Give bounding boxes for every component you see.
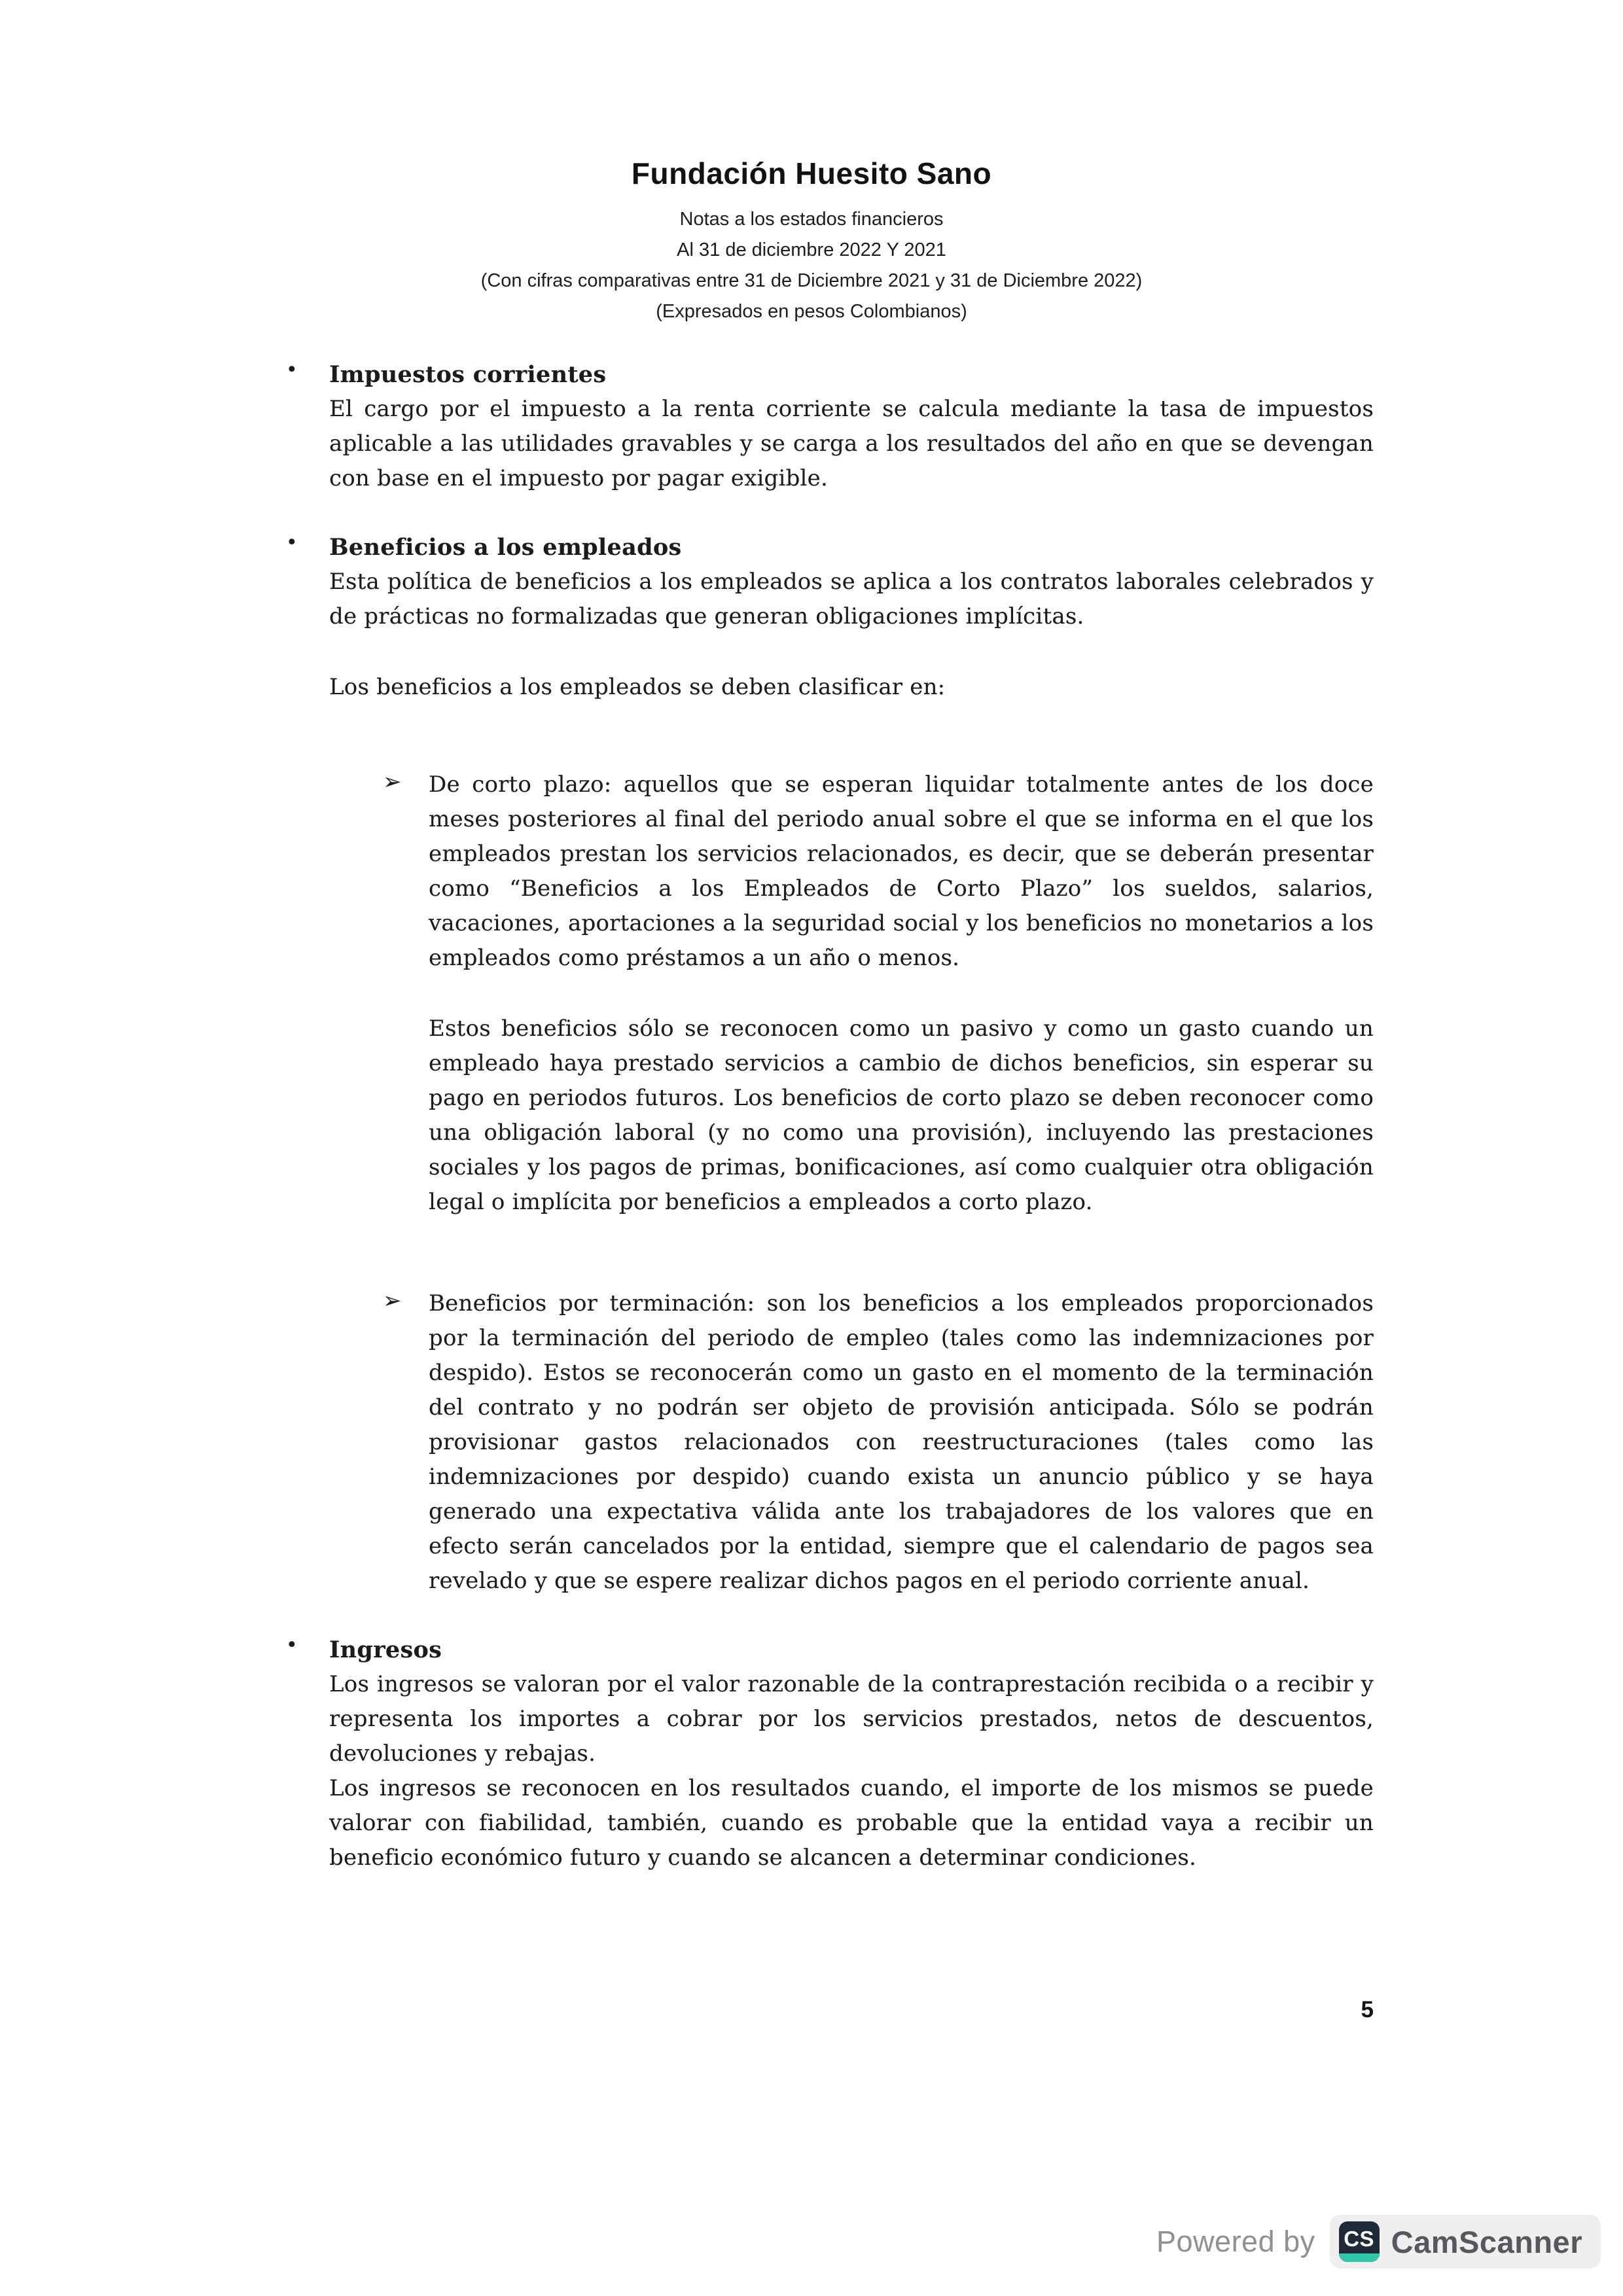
classification-sub-list: ➢ De corto plazo: aquellos que se espera…	[429, 768, 1374, 1598]
section-paragraph: El cargo por el impuesto a la renta corr…	[329, 392, 1374, 496]
arrowhead-bullet-icon: ➢	[383, 769, 402, 795]
document-body: • Impuestos corrientes El cargo por el i…	[329, 357, 1374, 1875]
camscanner-brand-name: CamScanner	[1391, 2224, 1582, 2260]
page-title: Fundación Huesito Sano	[0, 156, 1623, 191]
sub-item-paragraph: Estos beneficios sólo se reconocen como …	[429, 1012, 1374, 1220]
arrowhead-bullet-icon: ➢	[383, 1288, 402, 1314]
document-header: Fundación Huesito Sano Notas a los estad…	[0, 0, 1623, 327]
camscanner-logo-initials: CS	[1344, 2227, 1374, 2252]
sub-item-paragraph: De corto plazo: aquellos que se esperan …	[429, 768, 1374, 976]
section-ingresos: • Ingresos Los ingresos se valoran por e…	[329, 1633, 1374, 1875]
sub-item-beneficios-terminacion: ➢ Beneficios por terminación: son los be…	[429, 1286, 1374, 1598]
powered-by-label: Powered by	[1156, 2225, 1315, 2259]
section-impuestos-corrientes: • Impuestos corrientes El cargo por el i…	[329, 357, 1374, 496]
section-paragraph: Esta política de beneficios a los emplea…	[329, 565, 1374, 634]
header-subtitle-date: Al 31 de diciembre 2022 Y 2021	[0, 235, 1623, 266]
bullet-dot-icon: •	[286, 531, 298, 554]
camscanner-logo-accent	[1339, 2253, 1380, 2262]
bullet-dot-icon: •	[286, 359, 298, 381]
section-paragraph: Los ingresos se valoran por el valor raz…	[329, 1667, 1374, 1771]
bullet-dot-icon: •	[286, 1634, 298, 1657]
section-heading: Beneficios a los empleados	[329, 530, 1374, 565]
camscanner-badge: CS CamScanner	[1330, 2215, 1601, 2269]
camscanner-footer: Powered by CS CamScanner	[1156, 2215, 1601, 2269]
header-subtitle-notes: Notas a los estados financieros	[0, 204, 1623, 235]
page-number: 5	[1361, 1997, 1374, 2023]
section-beneficios-empleados: • Beneficios a los empleados Esta políti…	[329, 530, 1374, 1598]
section-paragraph: Los ingresos se reconocen en los resulta…	[329, 1771, 1374, 1875]
section-paragraph: Los beneficios a los empleados se deben …	[329, 670, 1374, 705]
section-heading: Ingresos	[329, 1633, 1374, 1667]
scanned-document-page: Fundación Huesito Sano Notas a los estad…	[0, 0, 1623, 2296]
header-subtitle-currency: (Expresados en pesos Colombianos)	[0, 296, 1623, 327]
sub-item-paragraph: Beneficios por terminación: son los bene…	[429, 1286, 1374, 1598]
section-heading: Impuestos corrientes	[329, 357, 1374, 392]
sub-item-corto-plazo: ➢ De corto plazo: aquellos que se espera…	[429, 768, 1374, 1220]
header-subtitle-comparatives: (Con cifras comparativas entre 31 de Dic…	[0, 266, 1623, 296]
camscanner-logo-icon: CS	[1339, 2221, 1380, 2262]
